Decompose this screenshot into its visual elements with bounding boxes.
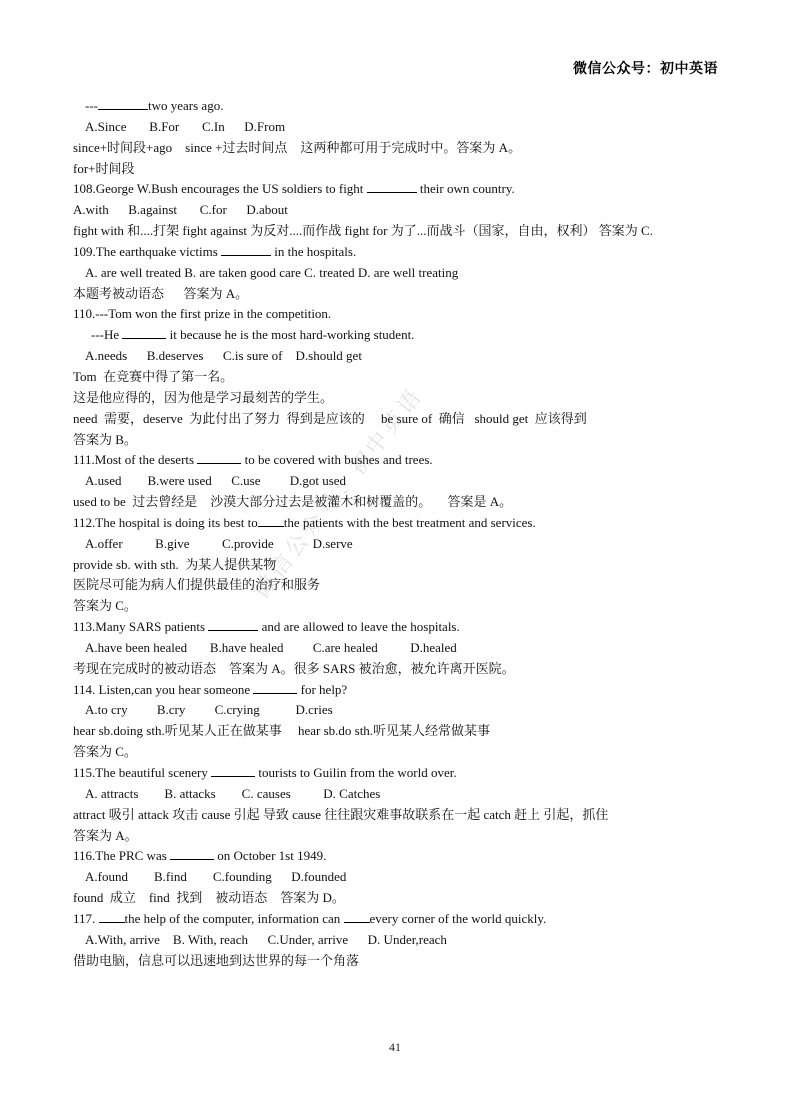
q112-explanation-1: provide sb. with sth. 为某人提供某物 bbox=[73, 555, 723, 576]
q114-options: A.to cry B.cry C.crying D.cries bbox=[73, 700, 723, 721]
q108-explanation: fight with 和....打架 fight against 为反对....… bbox=[73, 221, 723, 242]
answer-blank bbox=[211, 764, 255, 777]
answer-blank bbox=[258, 514, 284, 527]
q110-explanation-3: need 需要，deserve 为此付出了努力 得到是应该的 be sure o… bbox=[73, 409, 723, 430]
q110-options: A.needs B.deserves C.is sure of D.should… bbox=[73, 346, 723, 367]
q109-explanation: 本题考被动语态 答案为 A。 bbox=[73, 284, 723, 305]
question-text: for help? bbox=[297, 682, 347, 697]
question-text: every corner of the world quickly. bbox=[370, 911, 547, 926]
question-text: 109.The earthquake victims bbox=[73, 244, 221, 259]
question-text: it because he is the most hard-working s… bbox=[166, 327, 414, 342]
q107-explanation: since+时间段+ago since +过去时间点 这两种都可用于完成时中。答… bbox=[73, 138, 723, 159]
answer-blank bbox=[170, 847, 214, 860]
q114-explanation: hear sb.doing sth.听见某人正在做某事 hear sb.do s… bbox=[73, 721, 723, 742]
document-body: ---two years ago. A.Since B.For C.In D.F… bbox=[73, 96, 723, 971]
question-text: 114. Listen,can you hear someone bbox=[73, 682, 253, 697]
q117-options: A.With, arrive B. With, reach C.Under, a… bbox=[73, 930, 723, 951]
question-text: 115.The beautiful scenery bbox=[73, 765, 211, 780]
q115-question: 115.The beautiful scenery tourists to Gu… bbox=[73, 763, 723, 784]
question-text: 111.Most of the deserts bbox=[73, 452, 197, 467]
answer-blank bbox=[122, 326, 166, 339]
question-text: 113.Many SARS patients bbox=[73, 619, 208, 634]
q107-explanation-2: for+时间段 bbox=[73, 159, 723, 180]
answer-blank bbox=[98, 97, 148, 110]
question-text: 108.George W.Bush encourages the US sold… bbox=[73, 181, 367, 196]
question-text: and are allowed to leave the hospitals. bbox=[258, 619, 459, 634]
q110-reply: ---He it because he is the most hard-wor… bbox=[73, 325, 723, 346]
question-text: in the hospitals. bbox=[271, 244, 356, 259]
q113-explanation: 考现在完成时的被动语态 答案为 A。很多 SARS 被治愈，被允许离开医院。 bbox=[73, 659, 723, 680]
question-text: 116.The PRC was bbox=[73, 848, 170, 863]
answer-blank bbox=[367, 180, 417, 193]
question-text: tourists to Guilin from the world over. bbox=[255, 765, 456, 780]
question-text: ---He bbox=[91, 327, 122, 342]
page-header-title: 微信公众号：初中英语 bbox=[573, 58, 718, 78]
q110-explanation-1: Tom 在竞赛中得了第一名。 bbox=[73, 367, 723, 388]
answer-blank bbox=[208, 618, 258, 631]
q110-explanation-2: 这是他应得的，因为他是学习最刻苦的学生。 bbox=[73, 388, 723, 409]
q114-question: 114. Listen,can you hear someone for hel… bbox=[73, 680, 723, 701]
page-number: 41 bbox=[0, 1040, 790, 1055]
q116-question: 116.The PRC was on October 1st 1949. bbox=[73, 846, 723, 867]
q110-question: 110.---Tom won the first prize in the co… bbox=[73, 304, 723, 325]
q109-question: 109.The earthquake victims in the hospit… bbox=[73, 242, 723, 263]
question-text: the help of the computer, information ca… bbox=[125, 911, 344, 926]
q112-explanation-2: 医院尽可能为病人们提供最佳的治疗和服务 bbox=[73, 575, 723, 596]
q109-options: A. are well treated B. are taken good ca… bbox=[73, 263, 723, 284]
question-text: on October 1st 1949. bbox=[214, 848, 326, 863]
q115-options: A. attracts B. attacks C. causes D. Catc… bbox=[73, 784, 723, 805]
question-text: to be covered with bushes and trees. bbox=[241, 452, 432, 467]
q112-question: 112.The hospital is doing its best tothe… bbox=[73, 513, 723, 534]
q108-options: A.with B.against C.for D.about bbox=[73, 200, 723, 221]
answer-blank bbox=[221, 243, 271, 256]
question-text: 112.The hospital is doing its best to bbox=[73, 515, 258, 530]
q112-answer: 答案为 C。 bbox=[73, 596, 723, 617]
answer-blank bbox=[344, 910, 370, 923]
q115-explanation: attract 吸引 attack 攻击 cause 引起 导致 cause 往… bbox=[73, 805, 723, 826]
q111-question: 111.Most of the deserts to be covered wi… bbox=[73, 450, 723, 471]
answer-blank bbox=[197, 451, 241, 464]
q113-options: A.have been healed B.have healed C.are h… bbox=[73, 638, 723, 659]
q107-options: A.Since B.For C.In D.From bbox=[73, 117, 723, 138]
answer-blank bbox=[99, 910, 125, 923]
q115-answer: 答案为 A。 bbox=[73, 826, 723, 847]
question-text: their own country. bbox=[417, 181, 515, 196]
q112-options: A.offer B.give C.provide D.serve bbox=[73, 534, 723, 555]
q113-question: 113.Many SARS patients and are allowed t… bbox=[73, 617, 723, 638]
q110-answer: 答案为 B。 bbox=[73, 430, 723, 451]
q117-question: 117. the help of the computer, informati… bbox=[73, 909, 723, 930]
q117-explanation: 借助电脑，信息可以迅速地到达世界的每一个角落 bbox=[73, 951, 723, 972]
question-text: 117. bbox=[73, 911, 99, 926]
q116-explanation: found 成立 find 找到 被动语态 答案为 D。 bbox=[73, 888, 723, 909]
q111-options: A.used B.were used C.use D.got used bbox=[73, 471, 723, 492]
dash-prefix: --- bbox=[85, 98, 98, 113]
sentence-text: two years ago. bbox=[148, 98, 223, 113]
q108-question: 108.George W.Bush encourages the US sold… bbox=[73, 179, 723, 200]
answer-blank bbox=[253, 681, 297, 694]
question-text: the patients with the best treatment and… bbox=[284, 515, 536, 530]
q107-answer-line: ---two years ago. bbox=[73, 96, 723, 117]
q114-answer: 答案为 C。 bbox=[73, 742, 723, 763]
q111-explanation: used to be 过去曾经是 沙漠大部分过去是被灌木和树覆盖的。 答案是 A… bbox=[73, 492, 723, 513]
q116-options: A.found B.find C.founding D.founded bbox=[73, 867, 723, 888]
